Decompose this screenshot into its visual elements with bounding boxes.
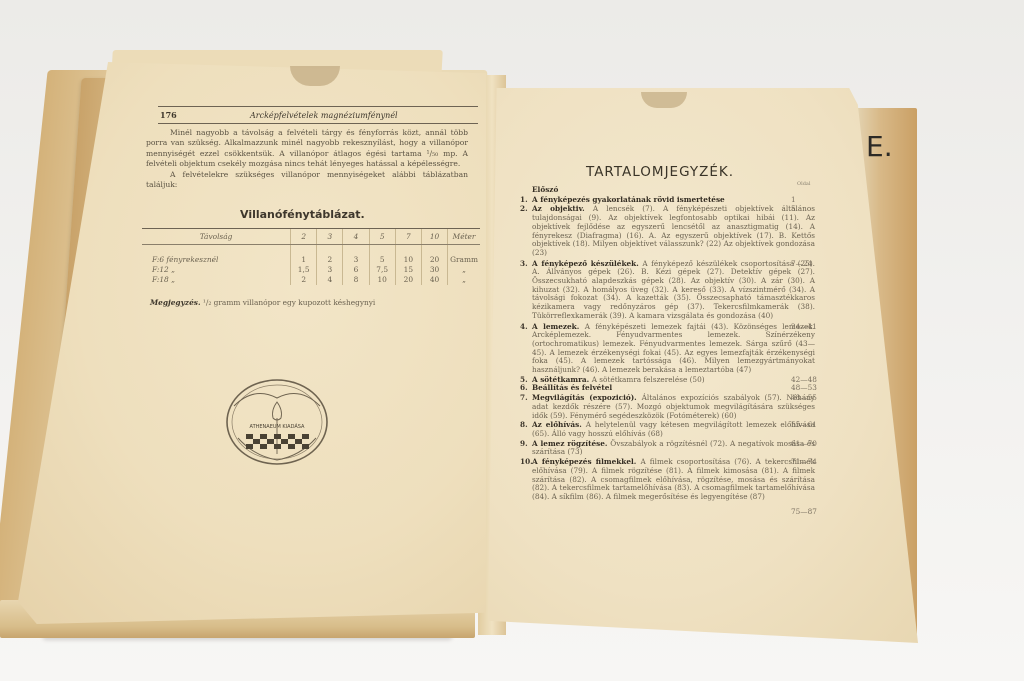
toc-entry: 6.Beállítás és felvétel 48—53 — [520, 384, 815, 393]
table-row: F:18 „248102040„ — [142, 275, 480, 285]
toc-entry: 10.A fényképezés filmekkel. A filmek cso… — [520, 458, 815, 502]
table-cell: 6 — [343, 265, 369, 275]
table-header-cell: Távolság — [142, 229, 291, 245]
toc-text: Az előhívás. A helytelenül vagy kétesen … — [532, 421, 815, 438]
toc-chapter-title: Az előhívás. — [532, 420, 586, 429]
table-cell: Gramm — [448, 245, 480, 265]
toc-page-range: 71—74 — [791, 458, 817, 467]
paragraph: A felvételekre szükséges villanópor menn… — [146, 170, 468, 191]
table-header-cell: 5 — [369, 229, 395, 245]
toc-number — [520, 508, 532, 517]
toc-text: Megvilágítás (expozició). Általános expo… — [532, 394, 815, 420]
table-body: F:6 fényrekesznél12351020GrammF:12 „1,53… — [142, 245, 480, 285]
toc-entry: 2.Az objektiv. A lencsék (7). A fényképé… — [520, 205, 815, 257]
table-cell: 3 — [317, 265, 343, 275]
flash-table: Távolság2345710Méter F:6 fényrekesznél12… — [142, 228, 480, 285]
toc-number — [520, 186, 532, 195]
toc-entry: 9.A lemez rögzítése. Övszabályok a rögzí… — [520, 440, 815, 457]
toc-text: Az objektiv. A lencsék (7). A fényképész… — [532, 205, 815, 257]
table-cell: 40 — [421, 275, 447, 285]
toc-entry: 1.A fényképezés gyakorlatának rövid isme… — [520, 196, 815, 205]
svg-text:ATHENAEUM KIADÁSA: ATHENAEUM KIADÁSA — [250, 423, 306, 430]
table-header-row: Távolság2345710Méter — [142, 229, 480, 245]
toc-text: A fényképezés gyakorlatának rövid ismert… — [532, 196, 815, 205]
toc-text — [532, 508, 815, 517]
table-cell: 2 — [291, 275, 317, 285]
toc-chapter-title: Beállítás és felvétel — [532, 383, 612, 392]
table-row: F:12 „1,5367,51530„ — [142, 265, 480, 275]
toc-number: 4. — [520, 323, 532, 375]
note-text: ¹/₂ gramm villanópor egy kupozott késheg… — [203, 298, 375, 307]
table-cell: 7,5 — [369, 265, 395, 275]
toc-text: A lemez rögzítése. Övszabályok a rögzíté… — [532, 440, 815, 457]
table-header-cell: 2 — [291, 229, 317, 245]
toc-chapter-title: A sötétkamra. — [532, 375, 592, 384]
toc-number: 1. — [520, 196, 532, 205]
table-cell: 1 — [291, 245, 317, 265]
toc-chapter-title: A fényképezés filmekkel. — [532, 457, 641, 466]
table-cell: 20 — [395, 275, 421, 285]
toc-number: 9. — [520, 440, 532, 457]
toc-page-range: 5 — [791, 205, 796, 214]
toc-page-range: 48—53 — [791, 384, 817, 393]
table-cell: „ — [448, 275, 480, 285]
toc-number: 7. — [520, 394, 532, 420]
table-header-cell: Méter — [448, 229, 480, 245]
toc-text: Beállítás és felvétel — [532, 384, 815, 393]
toc-page-range: 61—70 — [791, 440, 817, 449]
note-label: Megjegyzés. — [150, 298, 201, 307]
toc-entry: 8.Az előhívás. A helytelenül vagy kétese… — [520, 421, 815, 438]
page-number: 176 — [160, 110, 220, 120]
row-label: F:18 „ — [142, 275, 291, 285]
toc-chapter-title: A lemez rögzítése. — [532, 439, 610, 448]
table-cell: 10 — [369, 275, 395, 285]
body-text: Minél nagyobb a távolság a felvételi tár… — [146, 128, 468, 190]
toc-title: TARTALOMJEGYZÉK. — [586, 164, 734, 180]
toc-entry: Előszó — [520, 186, 815, 195]
running-header: 176 Arcképfelvételek magnéziumfénynél — [158, 106, 478, 124]
toc-page-range: 7—24 — [791, 260, 812, 269]
toc-entry: 75—87 — [520, 508, 815, 517]
table-cell: 8 — [343, 275, 369, 285]
table-cell: „ — [448, 265, 480, 275]
table-header-cell: 3 — [317, 229, 343, 245]
cover-letter: E. — [866, 130, 893, 163]
row-label: F:6 fényrekesznél — [142, 245, 291, 265]
table-header-cell: 4 — [343, 229, 369, 245]
toc-page-range: 1 — [791, 196, 796, 205]
toc-text: Előszó — [532, 186, 815, 195]
toc-entry: 3.A fényképező készülékek. A fényképező … — [520, 260, 815, 321]
toc-chapter-title: A lemezek. — [532, 322, 585, 331]
table-header-cell: 10 — [421, 229, 447, 245]
table-header-cell: 7 — [395, 229, 421, 245]
toc-number: 8. — [520, 421, 532, 438]
table-cell: 3 — [343, 245, 369, 265]
footnote: Megjegyzés. ¹/₂ gramm villanópor egy kup… — [150, 298, 375, 307]
toc-page-range: 75—87 — [791, 508, 817, 517]
table-of-contents: Előszó 1.A fényképezés gyakorlatának röv… — [520, 186, 815, 516]
table-cell: 4 — [317, 275, 343, 285]
publisher-emblem-icon: ATHENAEUM KIADÁSA — [224, 376, 330, 468]
toc-chapter-title: A fényképező készülékek. — [532, 259, 642, 268]
row-label: F:12 „ — [142, 265, 291, 275]
toc-number: 10. — [520, 458, 532, 502]
table-cell: 5 — [369, 245, 395, 265]
toc-chapter-title: Az objektiv. — [532, 204, 593, 213]
toc-number: 6. — [520, 384, 532, 393]
toc-text: A fényképezés filmekkel. A filmek csopor… — [532, 458, 815, 502]
table-title: Villanófénytáblázat. — [240, 208, 365, 221]
toc-page-range: 55—61 — [791, 421, 817, 430]
toc-page-range: 48—55 — [791, 394, 817, 403]
toc-chapter-title: Előszó — [532, 185, 558, 194]
toc-entry: 7.Megvilágítás (expozició). Általános ex… — [520, 394, 815, 420]
toc-chapter-title: Megvilágítás (expozició). — [532, 393, 642, 402]
table-cell: 20 — [421, 245, 447, 265]
table-cell: 10 — [395, 245, 421, 265]
paragraph: Minél nagyobb a távolság a felvételi tár… — [146, 128, 468, 170]
running-title: Arcképfelvételek magnéziumfénynél — [220, 111, 478, 120]
table-cell: 15 — [395, 265, 421, 275]
toc-page-range: 24—41 — [791, 323, 817, 332]
toc-text: A lemezek. A fényképészeti lemezek fajtá… — [532, 323, 815, 375]
toc-number: 2. — [520, 205, 532, 257]
table-cell: 30 — [421, 265, 447, 275]
toc-text: A fényképező készülékek. A fényképező ké… — [532, 260, 815, 321]
toc-number: 3. — [520, 260, 532, 321]
table-cell: 2 — [317, 245, 343, 265]
table-row: F:6 fényrekesznél12351020Gramm — [142, 245, 480, 265]
toc-entry: 4.A lemezek. A fényképészeti lemezek faj… — [520, 323, 815, 375]
toc-chapter-title: A fényképezés gyakorlatának rövid ismert… — [532, 195, 725, 204]
table-cell: 1,5 — [291, 265, 317, 275]
